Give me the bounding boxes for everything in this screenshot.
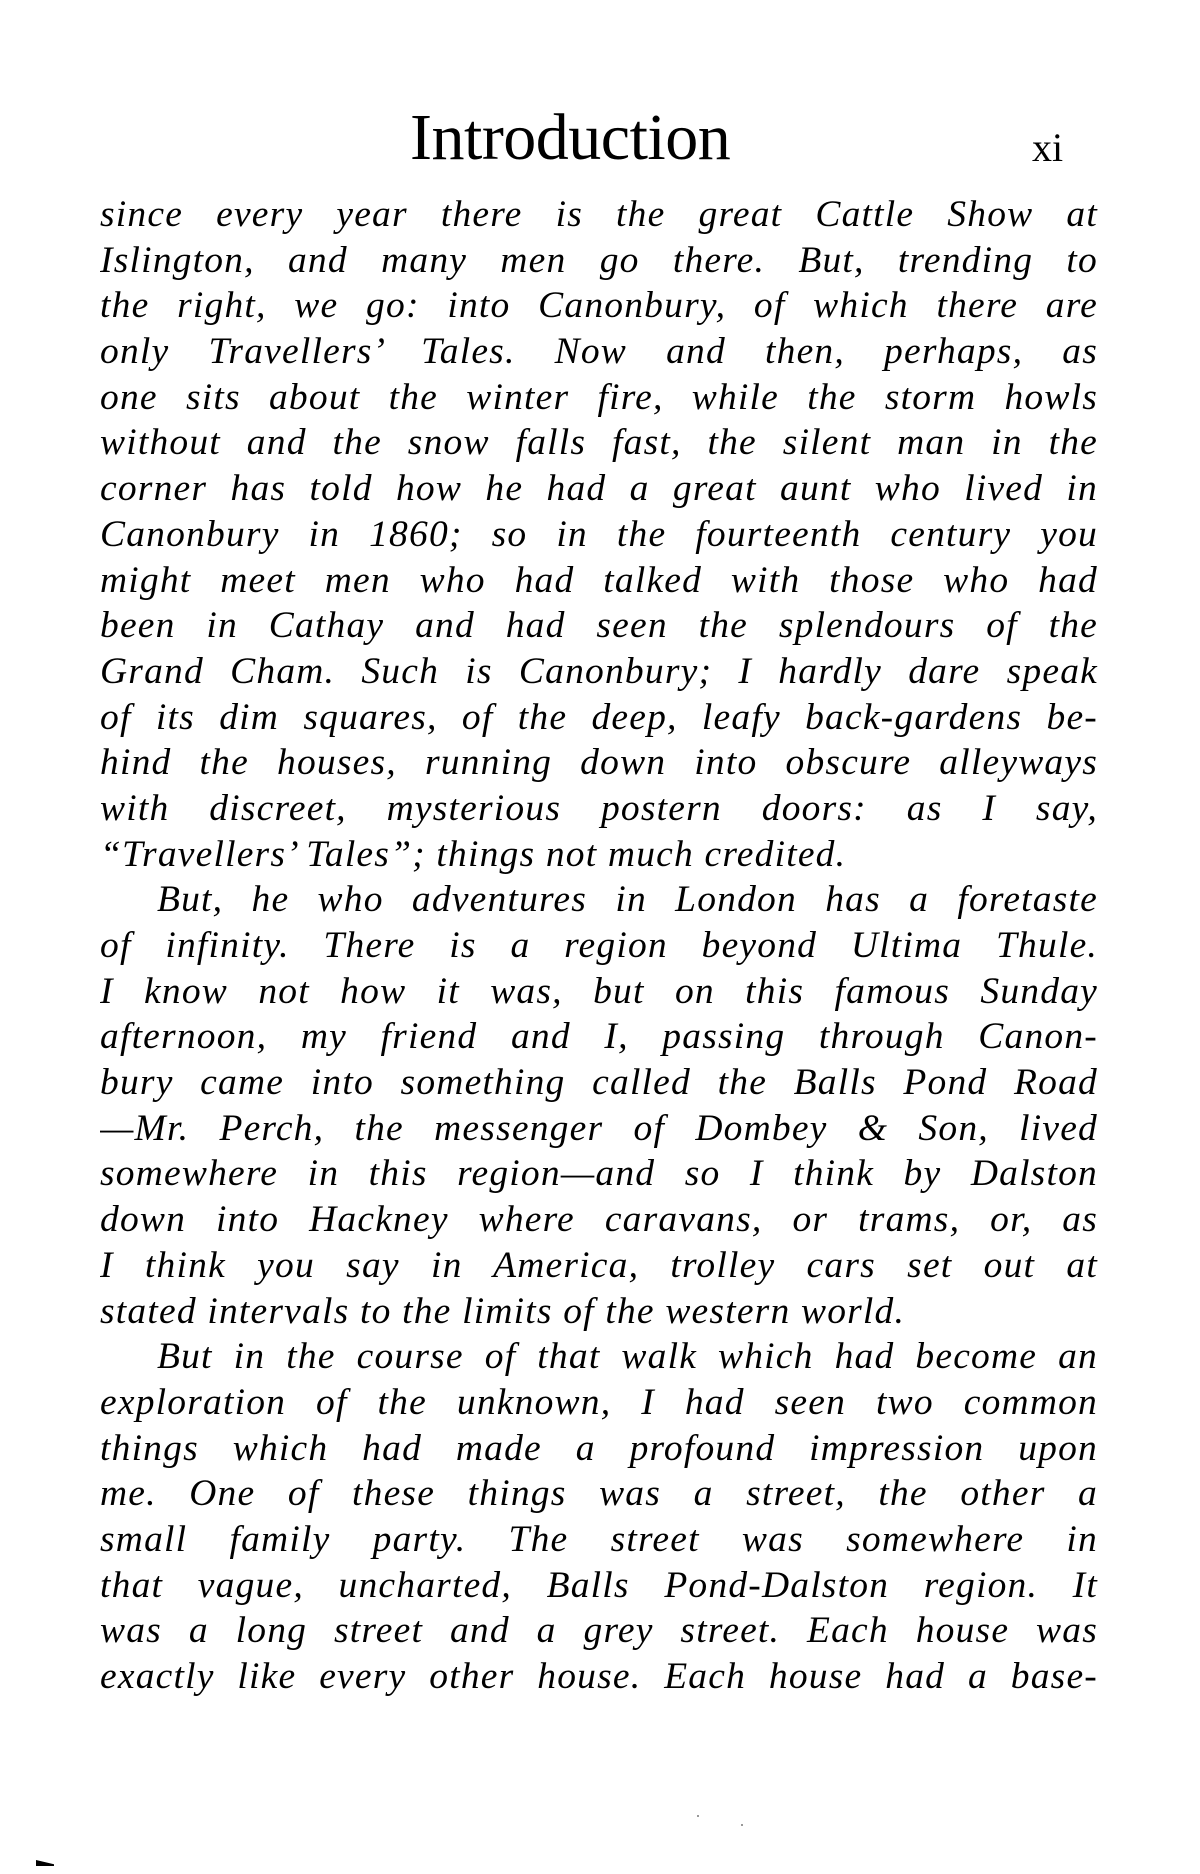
text-line: one sits about the winter fire, while th… bbox=[100, 375, 1098, 421]
text-line: the right, we go: into Canonbury, of whi… bbox=[100, 283, 1098, 329]
text-line: small family party. The street was somew… bbox=[100, 1517, 1098, 1563]
text-line: only Travellers’ Tales. Now and then, pe… bbox=[100, 329, 1098, 375]
text-line: things which had made a profound impress… bbox=[100, 1426, 1098, 1472]
text-line: bury came into something called the Ball… bbox=[100, 1060, 1098, 1106]
text-line: exploration of the unknown, I had seen t… bbox=[100, 1380, 1098, 1426]
paragraph-start-line: But in the course of that walk which had… bbox=[100, 1334, 1098, 1380]
text-line: corner has told how he had a great aunt … bbox=[100, 466, 1098, 512]
text-line: me. One of these things was a street, th… bbox=[100, 1471, 1098, 1517]
paragraph-end-line: stated intervals to the limits of the we… bbox=[100, 1289, 1098, 1335]
text-line: Islington, and many men go there. But, t… bbox=[100, 238, 1098, 284]
scan-speck bbox=[697, 1815, 699, 1817]
text-line: of its dim squares, of the deep, leafy b… bbox=[100, 695, 1098, 741]
text-line: Canonbury in 1860; so in the fourteenth … bbox=[100, 512, 1098, 558]
text-line: was a long street and a grey street. Eac… bbox=[100, 1608, 1098, 1654]
text-line: somewhere in this region—and so I think … bbox=[100, 1151, 1098, 1197]
paragraph-end-line: “Travellers’ Tales”; things not much cre… bbox=[100, 832, 1098, 878]
text-line: might meet men who had talked with those… bbox=[100, 558, 1098, 604]
text-line: I know not how it was, but on this famou… bbox=[100, 969, 1098, 1015]
body-text: since every year there is the great Catt… bbox=[100, 192, 1098, 1700]
scan-edge-mark bbox=[36, 1860, 54, 1866]
page-number: xi bbox=[1032, 118, 1063, 178]
text-line: that vague, uncharted, Balls Pond-Dalsto… bbox=[100, 1563, 1098, 1609]
text-line: I think you say in America, trolley cars… bbox=[100, 1243, 1098, 1289]
text-line: down into Hackney where caravans, or tra… bbox=[100, 1197, 1098, 1243]
chapter-title: Introduction bbox=[410, 98, 730, 178]
text-line: without and the snow falls fast, the sil… bbox=[100, 420, 1098, 466]
text-line: with discreet, mysterious postern doors:… bbox=[100, 786, 1098, 832]
text-line: since every year there is the great Catt… bbox=[100, 192, 1098, 238]
running-head: Introduction xi bbox=[0, 98, 1200, 178]
paragraph-start-line: But, he who adventures in London has a f… bbox=[100, 877, 1098, 923]
text-line: Grand Cham. Such is Canonbury; I hardly … bbox=[100, 649, 1098, 695]
text-line: been in Cathay and had seen the splendou… bbox=[100, 603, 1098, 649]
book-page: Introduction xi since every year there i… bbox=[0, 0, 1200, 1874]
text-line: exactly like every other house. Each hou… bbox=[100, 1654, 1098, 1700]
text-line: —Mr. Perch, the messenger of Dombey & So… bbox=[100, 1106, 1098, 1152]
scan-speck bbox=[741, 1824, 743, 1826]
text-line: hind the houses, running down into obscu… bbox=[100, 740, 1098, 786]
text-line: of infinity. There is a region beyond Ul… bbox=[100, 923, 1098, 969]
text-line: afternoon, my friend and I, passing thro… bbox=[100, 1014, 1098, 1060]
